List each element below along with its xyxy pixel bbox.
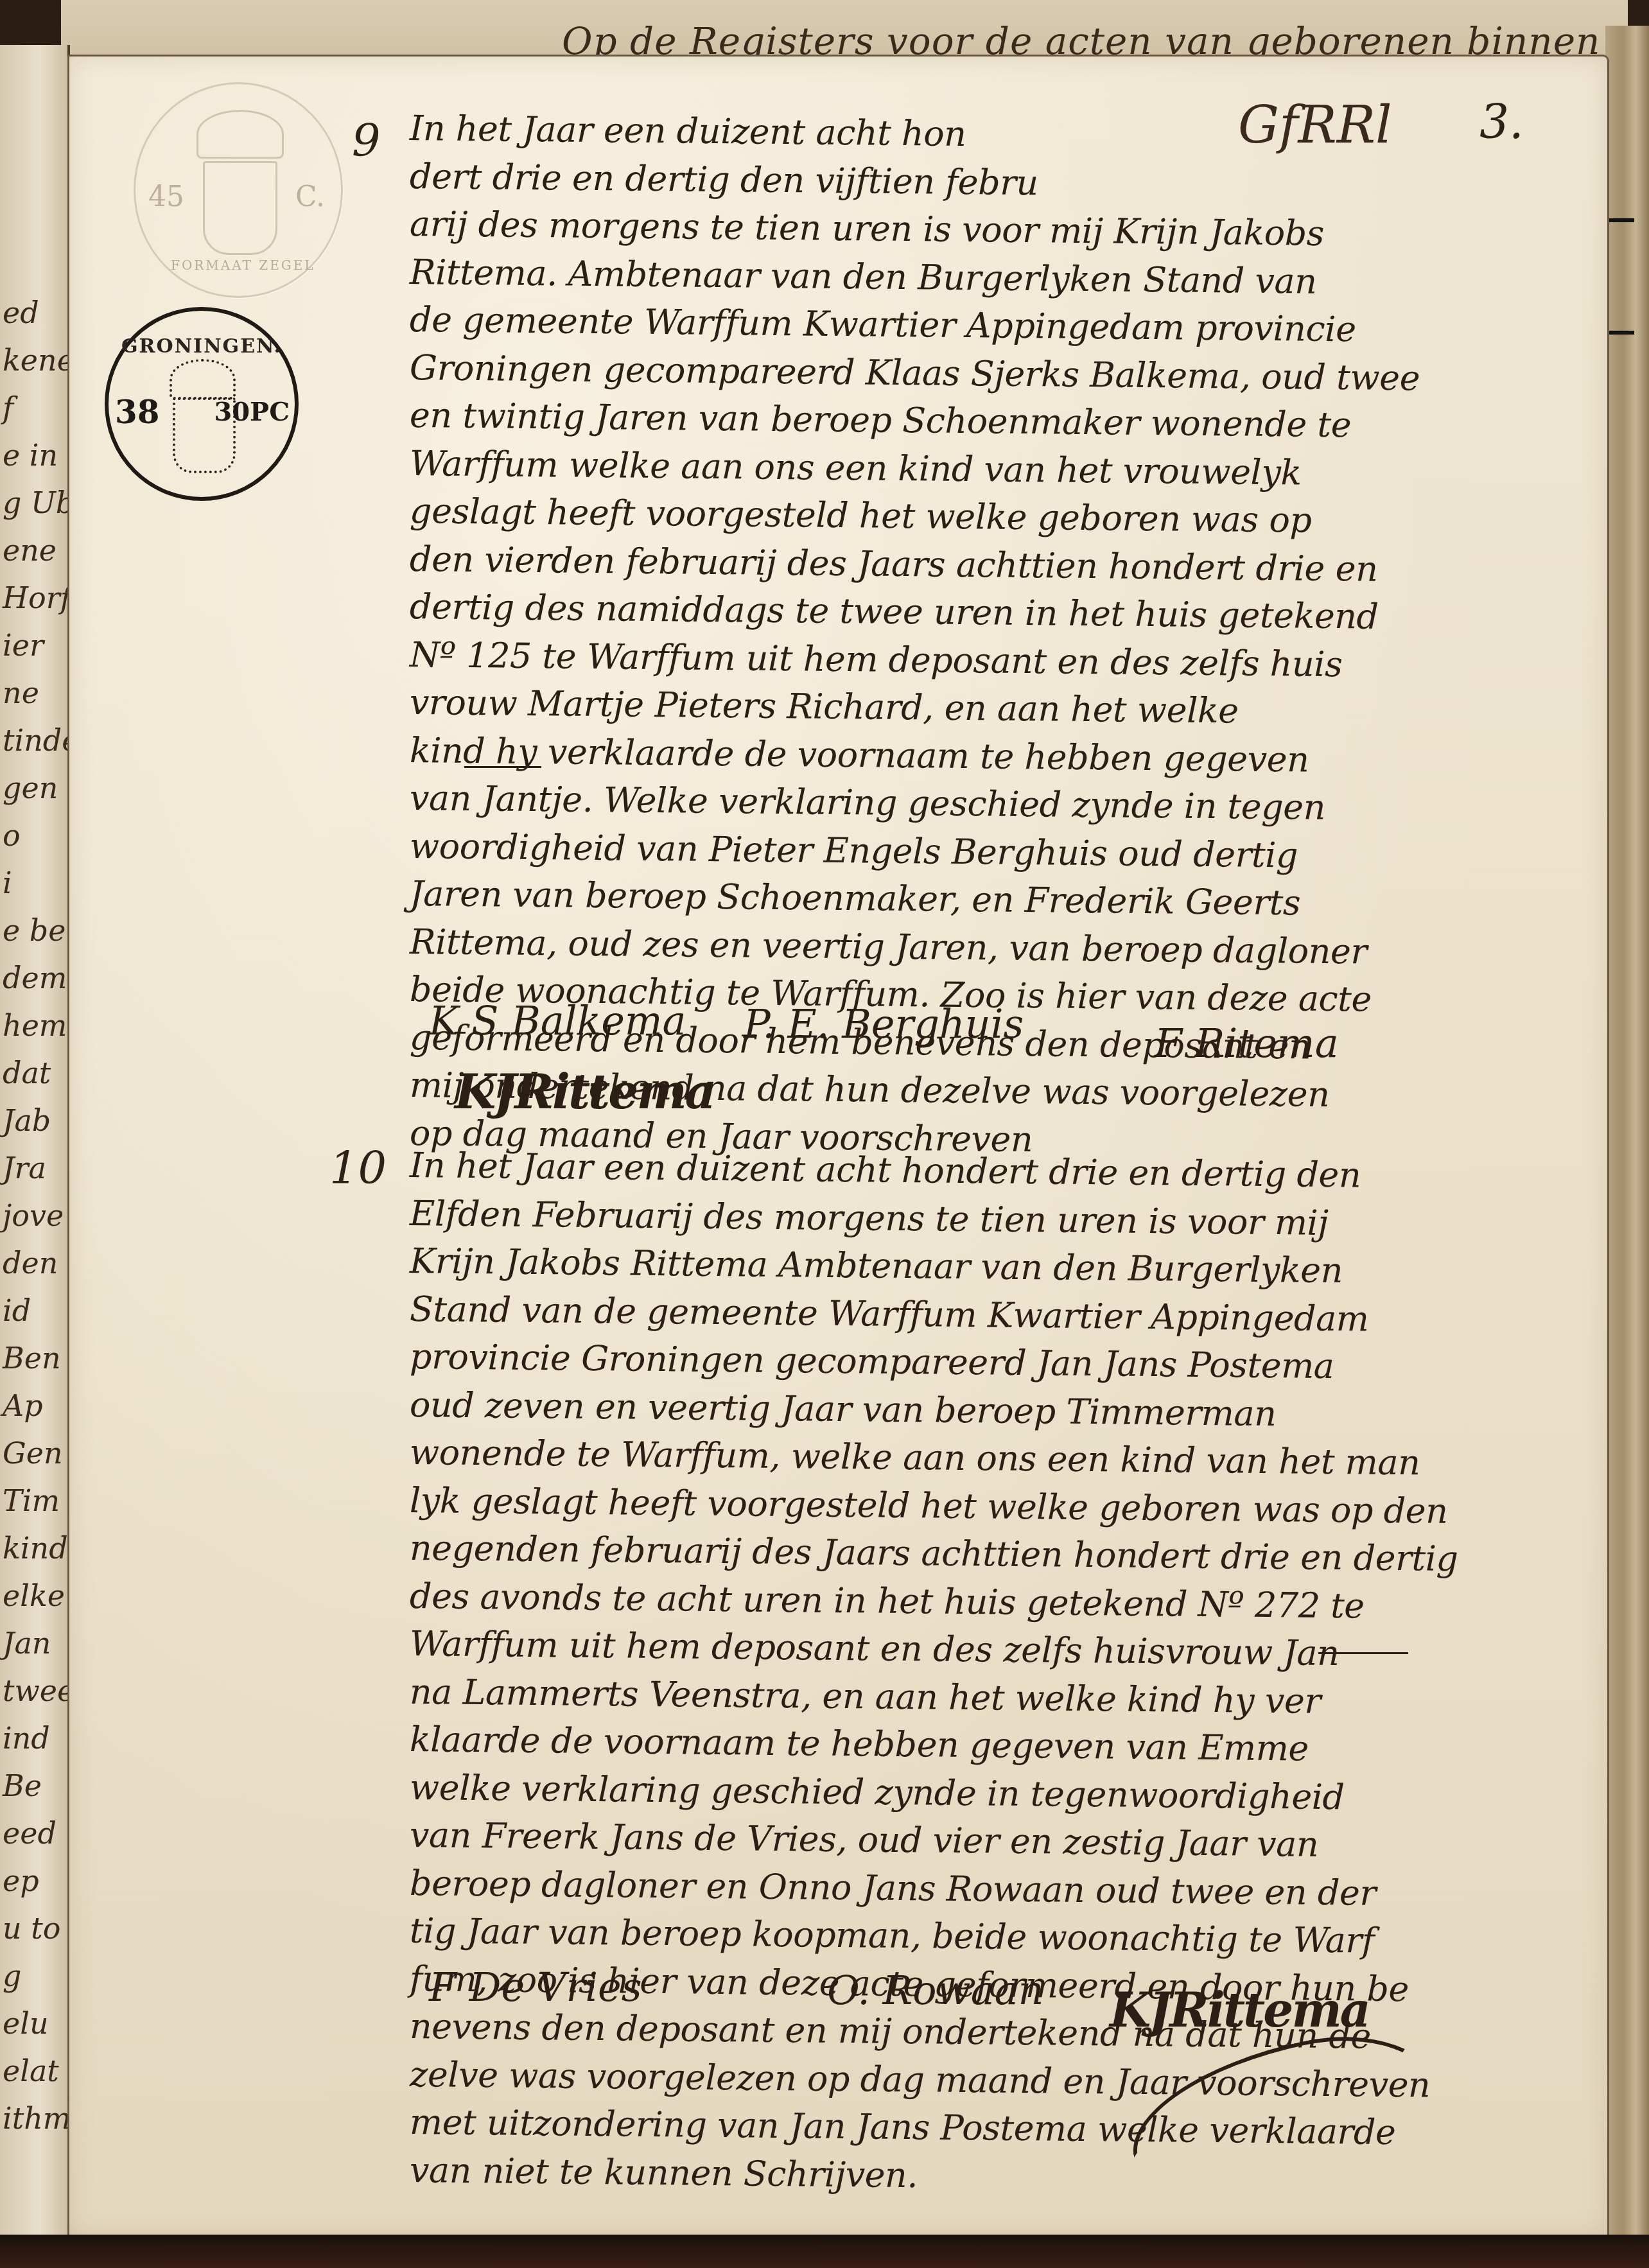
seal-ring-text: FORMAAT ZEGEL bbox=[171, 257, 315, 273]
left-page-text-fragment: ed bbox=[3, 295, 39, 330]
stamp-place: GRONINGEN. bbox=[109, 335, 295, 358]
left-page-text-fragment: i bbox=[3, 866, 12, 900]
left-page-text-fragment: Ben bbox=[3, 1341, 61, 1375]
left-page-text-fragment: e be bbox=[3, 913, 66, 948]
left-page-text-fragment: Jra bbox=[3, 1151, 46, 1185]
left-page-text-fragment: Jan bbox=[3, 1626, 51, 1661]
left-page-text-fragment: hem bbox=[3, 1008, 67, 1043]
left-page-text-fragment: dat bbox=[3, 1056, 51, 1090]
seal-unit: C. bbox=[295, 180, 325, 213]
crown-icon bbox=[196, 110, 284, 159]
left-page-text-fragment: gen bbox=[3, 771, 58, 805]
left-page-text-fragment: Gen bbox=[3, 1436, 63, 1470]
left-page-text-fragment: o bbox=[3, 818, 21, 853]
name-underline bbox=[1318, 1652, 1408, 1654]
left-page-text-fragment: elu bbox=[3, 2006, 49, 2041]
entry-number: 9 bbox=[352, 114, 381, 167]
left-page-text-fragment: ne bbox=[3, 676, 39, 710]
left-page-text-fragment: u to bbox=[3, 1911, 60, 1946]
left-page-text-fragment: jove bbox=[3, 1198, 64, 1233]
left-page-text-fragment: g Ub bbox=[3, 485, 70, 520]
left-page-text-fragment: kene bbox=[3, 343, 70, 378]
book-cover-edge bbox=[0, 2235, 1649, 2268]
left-page-text-fragment: kind bbox=[3, 1531, 68, 1566]
left-page-text-fragment: tinden bbox=[3, 723, 70, 758]
left-page-text-fragment: ier bbox=[3, 628, 44, 663]
left-page-text-fragment: Tim bbox=[3, 1483, 60, 1518]
embossed-seal: 45 C. FORMAAT ZEGEL bbox=[134, 82, 343, 298]
signature-witness-1: F De Vries bbox=[429, 1964, 642, 2011]
signature-witness-1: P. E. Berghuis bbox=[744, 1000, 1024, 1047]
left-page-text-fragment: twee bbox=[3, 1673, 70, 1708]
left-page-text-fragment: eed bbox=[3, 1816, 57, 1851]
left-page-text-fragment: dem bbox=[3, 961, 67, 995]
left-page-text-fragment: Horffu bbox=[3, 580, 70, 615]
register-page: 45 C. FORMAAT ZEGEL GRONINGEN. 38 30PC G… bbox=[67, 55, 1609, 2238]
name-underline bbox=[464, 766, 541, 768]
groningen-ink-stamp: GRONINGEN. 38 30PC bbox=[105, 307, 299, 501]
lion-shield-icon bbox=[203, 161, 277, 255]
left-page-text-fragment: e in bbox=[3, 438, 58, 473]
left-page-text-fragment: Be bbox=[3, 1768, 42, 1803]
left-page-text-fragment: elat bbox=[3, 2054, 59, 2088]
entry-number: 10 bbox=[329, 1142, 387, 1194]
left-page-text-fragment: ep bbox=[3, 1863, 39, 1898]
stamp-number-right: 30PC bbox=[214, 397, 290, 427]
left-page-edge: edkenefe ing UbeneHorffuiernetindengenoi… bbox=[0, 45, 70, 2235]
signature-registrar: KJRittema bbox=[455, 1065, 714, 1120]
edge-marker bbox=[1605, 218, 1634, 222]
signature-witness-2: F Ritema bbox=[1155, 1020, 1339, 1067]
crown-icon bbox=[170, 359, 236, 399]
signature-witness-2: O. Rowaan bbox=[827, 1967, 1044, 2014]
left-page-text-fragment: Jab bbox=[3, 1103, 51, 1138]
left-page-text-fragment: id bbox=[3, 1293, 31, 1328]
left-page-text-fragment: ithme bbox=[3, 2101, 70, 2136]
left-page-text-fragment: Ap bbox=[3, 1388, 43, 1423]
left-page-text-fragment: den bbox=[3, 1246, 58, 1280]
left-page-text-fragment: g bbox=[3, 1958, 21, 1993]
left-page-text-fragment: ind bbox=[3, 1721, 50, 1756]
entry-10-text: In het Jaar een duizent acht hondert dri… bbox=[410, 1142, 1578, 2194]
left-page-text-fragment: elke bbox=[3, 1578, 65, 1613]
right-page-edges bbox=[1605, 26, 1649, 2247]
seal-value: 45 bbox=[148, 180, 184, 213]
left-page-text-fragment: ene bbox=[3, 533, 57, 568]
stamp-number-left: 38 bbox=[115, 393, 160, 431]
edge-marker bbox=[1605, 331, 1634, 335]
signature-father: K S Balkema bbox=[429, 997, 686, 1044]
left-page-text-fragment: f bbox=[3, 390, 13, 425]
signature-registrar: KJRittema bbox=[1110, 1983, 1369, 2038]
